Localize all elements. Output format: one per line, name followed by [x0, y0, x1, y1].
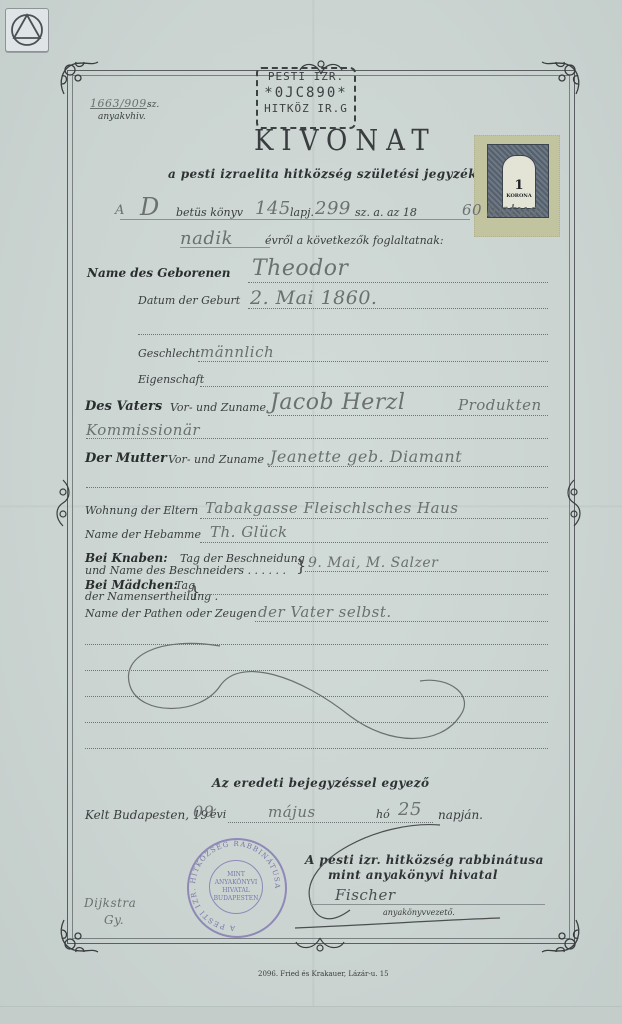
godparents-line	[255, 621, 548, 622]
residence-label: Wohnung der Eltern	[85, 504, 198, 517]
father-label-bold: Des Vaters	[85, 399, 162, 414]
birth-label: Datum der Geburt	[138, 294, 240, 307]
seal-line-2: ANYAKÖNYVI	[210, 879, 262, 887]
boys-label-2: und Name des Beschneiders . . . . . .	[85, 564, 286, 577]
boys-label-bold: Bei Knaben:	[85, 551, 168, 565]
mother-label-bold: Der Mutter	[85, 451, 167, 466]
document-subtitle: a pesti izraelita hitközség születési je…	[168, 167, 512, 181]
register-book-label: betüs könyv	[176, 206, 243, 219]
godparents-label: Name der Pathen oder Zeugen	[85, 607, 257, 620]
revenue-stamp: 1 KORONA	[474, 135, 560, 237]
reference-number: 1663/909	[90, 97, 147, 110]
postmark-line-1: PESTI IZR.	[258, 69, 354, 85]
archive-badge	[5, 8, 49, 52]
stamp-value: 1	[503, 178, 535, 193]
right-side-ornament	[564, 478, 584, 528]
left-side-ornament	[53, 478, 73, 528]
father-value: Jacob Herzl	[270, 390, 405, 415]
property-label: Eigenschaft	[138, 373, 204, 386]
boys-value: 9. Mai, M. Salzer	[308, 555, 438, 571]
blank-line-2	[86, 487, 548, 488]
clerk-signature-1: Dijkstra	[84, 896, 136, 910]
father-line	[268, 415, 548, 416]
name-value: Theodor	[252, 256, 348, 281]
corner-ornament-bottom-right	[536, 910, 586, 960]
seal-line-3: HIVATAL	[210, 887, 262, 895]
corner-ornament-bottom-left	[54, 910, 104, 960]
postmark-number: *0JC890*	[258, 85, 354, 101]
blank-line-7	[85, 748, 548, 749]
midwife-line	[200, 542, 548, 543]
mother-line	[268, 466, 548, 467]
midwife-value: Th. Glück	[210, 523, 288, 541]
register-page-label: lapj.	[290, 206, 314, 219]
reference-office: anyakvhiv.	[98, 112, 146, 122]
corner-ornament-top-right	[536, 54, 586, 104]
father-label: Vor- und Zuname	[170, 401, 266, 414]
registrar-signature: Fischer	[335, 886, 396, 904]
register-year-word-2: nadik	[180, 228, 233, 249]
reference-suffix: sz.	[147, 100, 159, 110]
printer-imprint: 2096. Fried és Krakauer, Lázár-u. 15	[258, 970, 389, 978]
register-prefix: A	[115, 203, 125, 218]
registrar-line	[310, 904, 545, 905]
stamp-currency: KORONA	[503, 193, 535, 199]
register-letter: D	[140, 193, 160, 221]
birth-line	[248, 308, 548, 309]
godparents-value: der Vater selbst.	[258, 603, 392, 621]
boys-brace: }	[296, 556, 306, 575]
document-title: KIVONAT	[254, 125, 437, 158]
sex-label: Geschlecht	[138, 347, 200, 360]
issued-month: május	[268, 803, 316, 821]
register-year: 60	[462, 201, 482, 219]
mother-label: Vor- und Zuname	[168, 453, 264, 466]
midwife-label: Name der Hebamme	[85, 528, 201, 541]
register-number: 299	[315, 198, 351, 219]
name-label: Name des Geborenen	[87, 266, 231, 280]
postmark-stamp: PESTI IZR. *0JC890* HITKÖZ IR.G	[256, 67, 356, 129]
seal-line-1: MINT	[210, 871, 262, 879]
cancellation-flourish	[120, 636, 480, 746]
father-occupation-2: Kommissionär	[86, 421, 200, 439]
seal-center: MINT ANYAKÖNYVI HIVATAL BUDAPESTEN	[209, 860, 263, 914]
girls-line	[200, 594, 548, 595]
residence-value: Tabakgasse Fleischlsches Haus	[205, 499, 458, 517]
certification-text: Az eredeti bejegyzéssel egyező	[212, 776, 429, 790]
register-underline-2	[180, 247, 270, 248]
register-page: 145	[255, 198, 291, 219]
boys-line	[305, 571, 548, 572]
bottom-center-ornament	[292, 936, 348, 956]
father-occupation: Produkten	[458, 396, 542, 414]
register-number-label: sz. a. az 18	[355, 206, 417, 219]
birth-value: 2. Mai 1860.	[250, 287, 377, 309]
scan-edge	[0, 1006, 622, 1024]
seal-line-4: BUDAPESTEN	[210, 895, 262, 903]
sex-value: männlich	[200, 343, 274, 361]
circle-triangle-icon	[6, 9, 48, 51]
mother-value: Jeanette geb. Diamant	[270, 447, 462, 466]
official-seal: A PESTI IZR. HITKÖZSÉG RABBINÁTUSA MINT …	[187, 838, 287, 938]
issued-prefix: Kelt Budapesten, 19	[85, 808, 208, 822]
property-line	[200, 386, 548, 387]
issued-day: 25	[398, 799, 422, 820]
register-year-word-1: hatva-	[486, 200, 546, 221]
register-suffix: évről a következők foglaltatnak:	[265, 234, 444, 247]
girls-brace: }	[190, 582, 200, 601]
registrar-flourish	[290, 820, 530, 935]
issued-year-suffix: évi	[210, 808, 226, 821]
residence-line	[200, 518, 548, 519]
clerk-signature-2: Gy.	[104, 913, 124, 927]
registrar-title: anyakönyvvezető.	[383, 908, 455, 917]
name-line	[248, 282, 548, 283]
postmark-line-3: HITKÖZ IR.G	[258, 101, 354, 117]
sex-line	[198, 361, 548, 362]
register-underline	[120, 219, 470, 220]
blank-line	[138, 334, 548, 335]
father-line-2	[86, 438, 548, 439]
